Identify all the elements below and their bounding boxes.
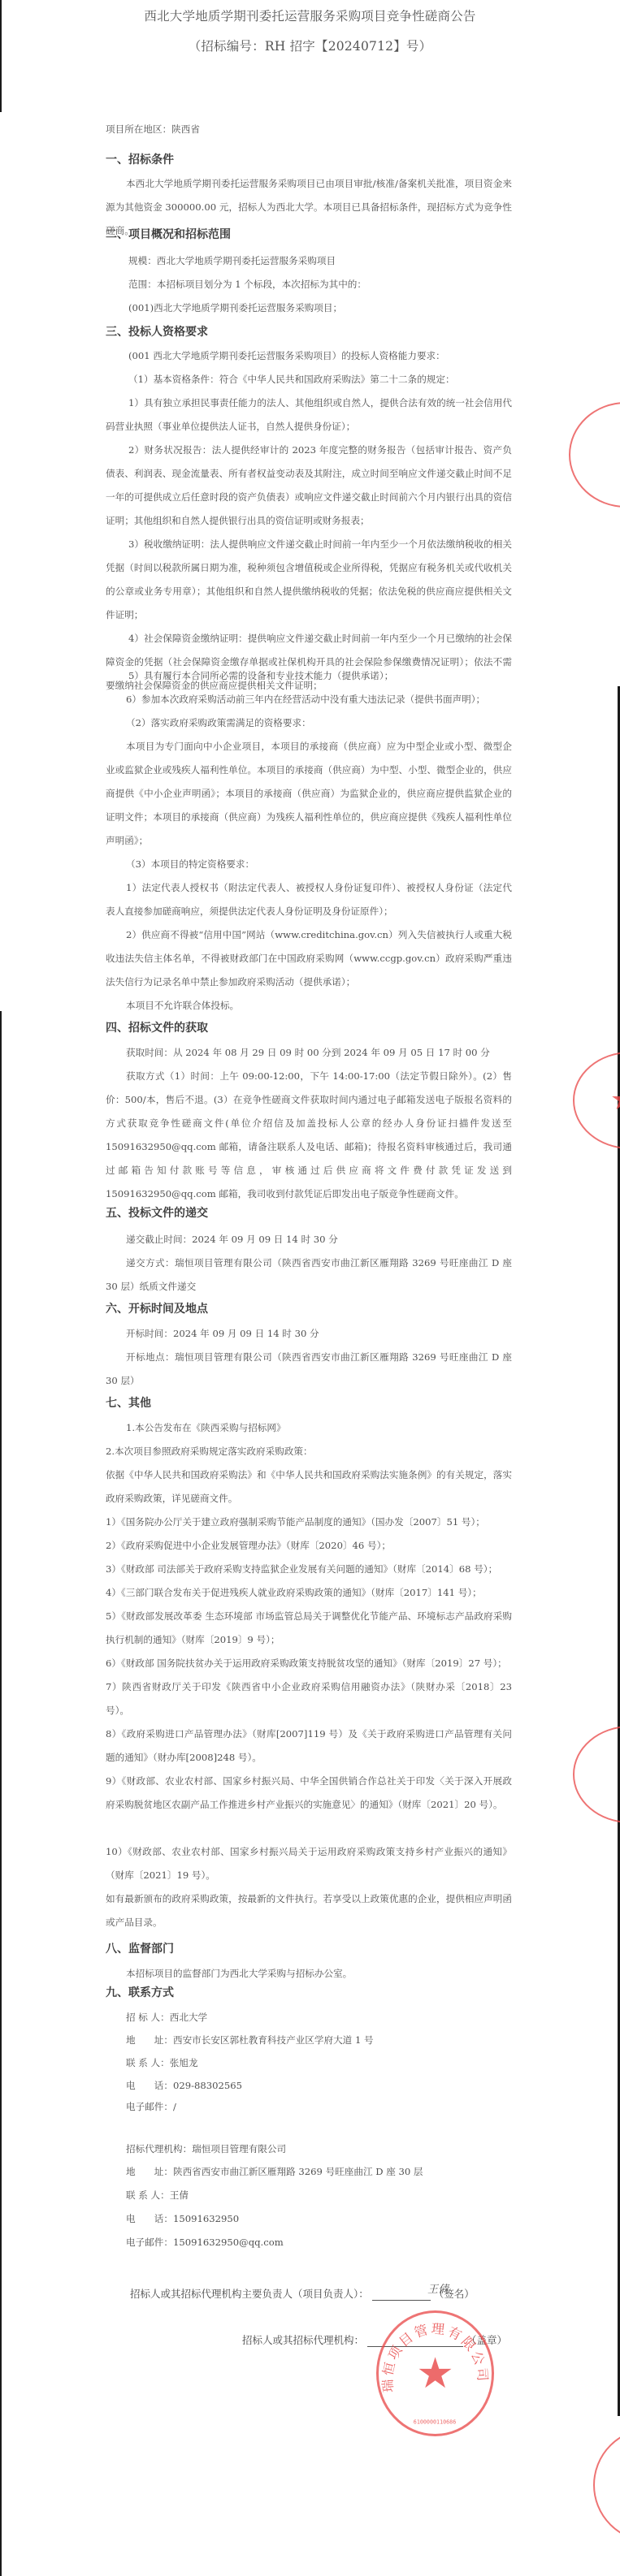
project-region: 项目所在地区：陕西省	[106, 118, 512, 141]
agency-name: 招标代理机构：瑞恒项目管理有限公司	[106, 2137, 512, 2161]
section-heading: 二、项目概况和招标范围	[106, 223, 231, 247]
star-icon: ★	[610, 1086, 620, 1115]
qualification-intro: (001 西北大学地质学期刊委托运营服务采购项目）的投标人资格能力要求：	[106, 344, 512, 368]
policy-qualification-title: （2）落实政府采购政策需满足的资格要求：	[106, 711, 512, 735]
specific-qualification-item: 1）法定代表人授权书（附法定代表人、被授权人身份证复印件）、被授权人身份证（法定…	[106, 876, 512, 923]
lot-text: (001)西北大学地质学期刊委托运营服务采购项目；	[106, 296, 512, 320]
policy-item: 4）《三部门联合发布关于促进残疾人就业政府采购政策的通知》（财库〔2017〕14…	[106, 1581, 512, 1605]
agency-email: 电子邮件：15091632950@qq.com	[106, 2231, 512, 2254]
document-number: （招标编号：RH 招字【20240712】号）	[0, 37, 620, 54]
company-seal-icon: 瑞恒项目管理有限公司 6100000110686 ★	[376, 2310, 494, 2436]
opening-place: 开标地点：瑞恒项目管理有限公司（陕西省西安市曲江新区雁翔路 3269 号旺座曲江…	[106, 1346, 512, 1393]
scan-edge	[0, 1011, 2, 2576]
seal-ring-icon: ★	[573, 1052, 620, 1149]
policy-item: 6）《财政部 国务院扶贫办关于运用政府采购政策支持脱贫攻坚的通知》（财库〔201…	[106, 1652, 512, 1675]
seal-ring-icon	[573, 1726, 620, 1823]
policy-item: 9）《财政部、农业农村部、国家乡村振兴局、中华全国供销合作总社关于印发〈关于深入…	[106, 1770, 512, 1817]
section-heading: 五、投标文件的递交	[106, 1202, 208, 1225]
policy-item: 7）陕西省财政厅关于印发《陕西省中小企业政府采购信用融资办法》（陕财办采〔201…	[106, 1675, 512, 1722]
policy-qualification-body: 本项目为专门面向中小企业项目，本项目的承接商（供应商）应为中型企业或小型、微型企…	[106, 735, 512, 853]
section-heading: 三、投标人资格要求	[106, 321, 208, 344]
scope-text: 范围：本招标项目划分为 1 个标段，本次招标为其中的：	[106, 273, 512, 296]
seam-seal-fragment	[569, 402, 620, 508]
policy-item: 2）《政府采购促进中小企业发展管理办法》（财库〔2020〕46 号）；	[106, 1534, 512, 1558]
qualification-item: 6）参加本次政府采购活动前三年内在经营活动中没有重大违法记录（提供书面声明）；	[106, 688, 512, 711]
tenderer-phone: 电 话：029-88302565	[106, 2074, 512, 2098]
handwritten-signature: 王倩	[427, 2280, 449, 2296]
other-item: 2.本次项目参照政府采购规定落实政府采购政策：	[106, 1440, 512, 1463]
star-icon: ★	[416, 2353, 454, 2395]
tenderer-email: 电子邮件：/	[106, 2095, 512, 2119]
tenderer-address: 地 址：西安市长安区郭杜教育科技产业区学府大道 1 号	[106, 2029, 512, 2052]
policy-item: 10）《财政部、农业农村部、国家乡村振兴局关于运用政府采购政策支持乡村产业振兴的…	[106, 1840, 512, 1887]
qualification-item: 3）税收缴纳证明：法人提供响应文件递交截止时间前一年内至少一个月依法缴纳税收的相…	[106, 533, 512, 627]
submission-deadline: 递交截止时间：2024 年 09 月 09 日 14 时 30 分	[106, 1228, 512, 1251]
policy-item: 1）《国务院办公厅关于建立政府强制采购节能产品制度的通知》（国办发〔2007〕5…	[106, 1511, 512, 1534]
seam-seal-fragment	[593, 2428, 620, 2542]
seam-seal-fragment: ★	[573, 1052, 620, 1149]
policy-basis: 依据《中华人民共和国政府采购法》和《中华人民共和国政府采购法实施条例》的有关规定…	[106, 1463, 512, 1511]
section-heading: 六、开标时间及地点	[106, 1298, 208, 1321]
seam-seal-fragment	[573, 1726, 620, 1823]
section-heading: 九、联系方式	[106, 1982, 174, 2005]
other-item: 1.本公告发布在《陕西采购与招标网》	[106, 1416, 512, 1440]
policy-note: 如有最新颁布的政府采购政策，按最新的文件执行。若享受以上政策优惠的企业，提供相应…	[106, 1887, 512, 1934]
document-title: 西北大学地质学期刊委托运营服务采购项目竞争性磋商公告	[0, 6, 620, 24]
tenderer-name: 招 标 人：西北大学	[106, 2006, 512, 2029]
specific-qualification-title: （3）本项目的特定资格要求：	[106, 853, 512, 876]
agency-phone: 电 话：15091632950	[106, 2207, 512, 2231]
section-heading: 一、招标条件	[106, 149, 174, 172]
agency-contact: 联 系 人：王倩	[106, 2184, 512, 2207]
submission-method: 递交方式：瑞恒项目管理有限公司（陕西省西安市曲江新区雁翔路 3269 号旺座曲江…	[106, 1251, 512, 1299]
acquisition-method: 获取方式（1）时间：上午 09:00-12:00，下午 14:00-17:00（…	[106, 1065, 512, 1206]
qualification-item: 2）财务状况报告：法人提供经审计的 2023 年度完整的财务报告（包括审计报告、…	[106, 439, 512, 533]
svg-text:6100000110686: 6100000110686	[414, 2418, 456, 2425]
policy-item: 5）《财政部发展改革委 生态环境部 市场监管总局关于调整优化节能产品、环境标志产…	[106, 1605, 512, 1652]
agency-address: 地 址：陕西省西安市曲江新区雁翔路 3269 号旺座曲江 D 座 30 层	[106, 2160, 512, 2184]
policy-item: 8）《政府采购进口产品管理办法》（财库[2007]119 号）及《关于政府采购进…	[106, 1722, 512, 1770]
seal-ring-icon	[593, 2428, 620, 2542]
joint-bid-note: 本项目不允许联合体投标。	[106, 994, 512, 1018]
basic-qualification-title: （1）基本资格条件：符合《中华人民共和国政府采购法》第二十二条的规定：	[106, 368, 512, 391]
seal-ring-icon	[569, 402, 620, 508]
document-page: 西北大学地质学期刊委托运营服务采购项目竞争性磋商公告 （招标编号：RH 招字【2…	[0, 0, 620, 2576]
signature-blank	[372, 2289, 431, 2301]
policy-item: 3）《财政部 司法部关于政府采购支持监狱企业发展有关问题的通知》（财库〔2014…	[106, 1558, 512, 1581]
specific-qualification-item: 2）供应商不得被“信用中国”网站（www.creditchina.gov.cn）…	[106, 923, 512, 994]
qualification-item: 5）具有履行本合同所必需的设备和专业技术能力（提供承诺）；	[106, 664, 512, 688]
responsible-person-signature-line: 招标人或其招标代理机构主要负责人（项目负责人）： （签名）	[130, 2286, 475, 2301]
tenderer-contact: 联 系 人：张旭龙	[106, 2051, 512, 2075]
section-heading: 八、监督部门	[106, 1938, 174, 1961]
acquisition-time: 获取时间：从 2024 年 08 月 29 日 09 时 00 分到 2024 …	[106, 1041, 512, 1065]
section-heading: 四、招标文件的获取	[106, 1017, 208, 1040]
opening-time: 开标时间：2024 年 09 月 09 日 14 时 30 分	[106, 1322, 512, 1346]
scale-text: 规模：西北大学地质学期刊委托运营服务采购项目	[106, 249, 512, 273]
section-heading: 七、其他	[106, 1392, 151, 1416]
qualification-item: 1）具有独立承担民事责任能力的法人、其他组织或自然人，提供合法有效的统一社会信用…	[106, 391, 512, 439]
